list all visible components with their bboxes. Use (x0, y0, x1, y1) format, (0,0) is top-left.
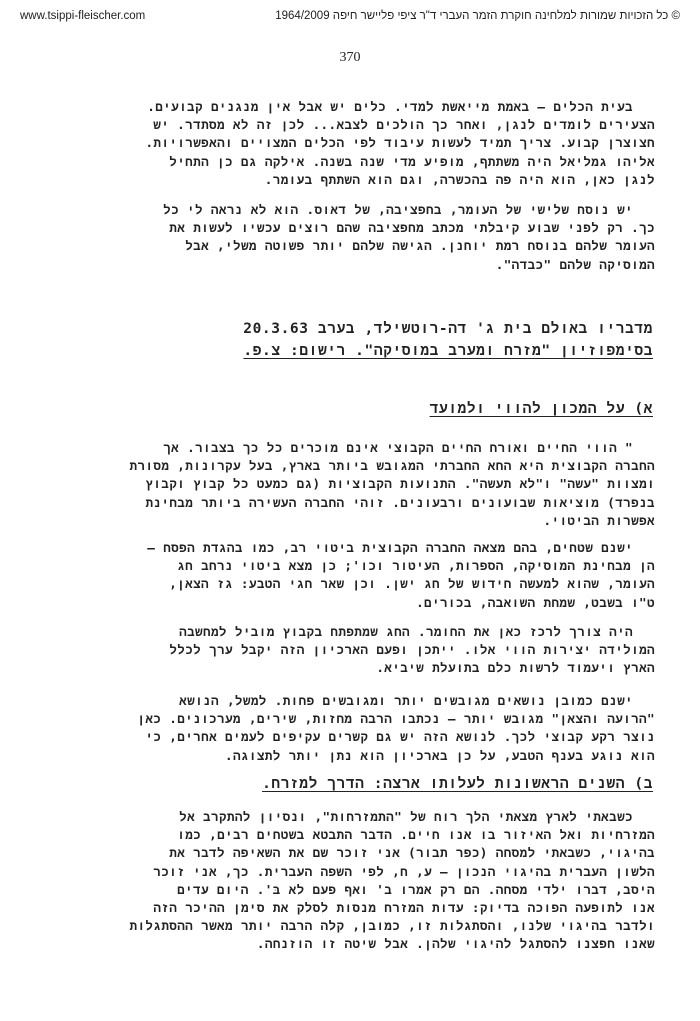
text-line: היסב, דברו ילדי מסחה. הם רק אמרו ב' ואף … (129, 881, 655, 899)
text-line: שאנו חפצנו להסתגל להיגוי שלהן. אבל שיטה … (129, 935, 655, 953)
text-line: בהיגוי, כשבאתי למסחה (כפר תבור) אני זוכר… (129, 844, 655, 862)
text-line: כשבאתי לארץ מצאתי הלך רוח של "התמזרחות",… (129, 808, 655, 826)
text-line: כך. רק לפני שבוע קיבלתי מכתב מחפציבה שהם… (163, 219, 655, 237)
text-line: יש נוסח שלישי של העומר, בחפציבה, של דאוס… (163, 201, 655, 219)
section-b-heading: ב) השנים הראשונות לעלותו ארצה: הדרך למזר… (262, 773, 653, 795)
intro-line-venue: מדבריו באולם בית ג' דה-רוטשילד, בערב 20.… (243, 318, 653, 340)
intro-line-symposium: בסימפוזיון "מזרח ומערב במוסיקה". רישום: … (243, 340, 653, 362)
text-line: הוא נוגע בענף הטבע, על כן בארכיון הוא נת… (137, 747, 655, 765)
text-line: ישנם שטחים, בהם מצאה החברה הקבוצית ביטוי… (147, 539, 655, 557)
section-a-paragraph-4: ישנם כמובן נושאים מגובשים יותר ומגובשים … (137, 692, 655, 765)
text-line: הארץ ויעמוד לרשות כלם בתועלת שיביא. (169, 659, 655, 677)
text-line: " הווי החיים ואורח החיים הקבוצי אינם מוכ… (130, 439, 656, 457)
text-line: המולידה יצירות הווי אלו. ייתכן ופעם הארכ… (169, 641, 655, 659)
text-line: הן מבחינת המוסיקה, הספרות, העיטור וכו'; … (147, 557, 655, 575)
text-line: המוסיקה שלהם "כבדה". (163, 256, 655, 274)
website-url: www.tsippi-fleischer.com (20, 10, 145, 22)
text-line: הלשון העברית בהיגוי הנכון – ע, ח, לפי הש… (129, 863, 655, 881)
section-a-heading: א) על המכון להווי ולמועד (430, 398, 653, 420)
text-line: "הרועה והצאן" מגובש יותר – נכתבו הרבה מח… (137, 710, 655, 728)
text-line: העומר שלהם בנוסח רמת יוחנן. הגישה שלהם י… (163, 237, 655, 255)
text-line: ישנם כמובן נושאים מגובשים יותר ומגובשים … (137, 692, 655, 710)
text-line: המזרחיות ואל האיזור בו אנו חיים. הדבר הת… (129, 826, 655, 844)
text-line: העומר, שהוא למעשה חידוש של חג ישן. וכן ש… (147, 575, 655, 593)
text-line: החברה הקבוצית היא החא החברתי המגובש ביות… (130, 457, 656, 475)
paragraph-omer-version: יש נוסח שלישי של העומר, בחפציבה, של דאוס… (163, 201, 655, 274)
text-line: חצוצרן קבוע. צריך תמיד לעשות עיבוד לפי ה… (145, 134, 655, 152)
text-line: בעית הכלים – באמת מייאשת למדי. כלים יש א… (145, 98, 655, 116)
page-number: 370 (0, 50, 700, 66)
heading-text: א) על המכון להווי ולמועד (430, 398, 653, 420)
text-line: אפשרות הביטוי. (130, 512, 656, 530)
paragraph-instruments: בעית הכלים – באמת מייאשת למדי. כלים יש א… (145, 98, 655, 189)
section-intro: מדבריו באולם בית ג' דה-רוטשילד, בערב 20.… (243, 318, 653, 362)
text-line: ט"ו בשבט, שמחת השואבה, בכורים. (147, 594, 655, 612)
text-line: ולדבר בהיגוי שלנו, והסתגלות זו, כמובן, ק… (129, 917, 655, 935)
section-a-paragraph-2: ישנם שטחים, בהם מצאה החברה הקבוצית ביטוי… (147, 539, 655, 612)
text-line: הצעירים לומדים לנגן, ואחר כך הולכים לצבא… (145, 116, 655, 134)
text-line: אליהו גמליאל היה משתתף, מופיע מדי שנה בש… (145, 153, 655, 171)
section-b-paragraph-1: כשבאתי לארץ מצאתי הלך רוח של "התמזרחות",… (129, 808, 655, 954)
section-a-paragraph-1: " הווי החיים ואורח החיים הקבוצי אינם מוכ… (130, 439, 656, 530)
text-line: לנגן כאן, הוא היה פה בהכשרה, וגם הוא השת… (145, 171, 655, 189)
heading-text: ב) השנים הראשונות לעלותו ארצה: הדרך למזר… (262, 773, 653, 795)
text-line: נוצר רקע קבוצי לכך. לנושא הזה יש גם קשרי… (137, 728, 655, 746)
text-line: אנו לתופעה הפוכה בדיוק: עדות המזרח מנסות… (129, 899, 655, 917)
copyright-notice: © כל הזכויות שמורות למלחינה חוקרת הזמר ה… (275, 10, 680, 22)
text-line: בנפרד) מוציאות שבועונים ורבעונים. זוהי ה… (130, 494, 656, 512)
text-line: היה צורך לרכז כאן את החומר. החג שמתפתח ב… (169, 623, 655, 641)
text-line: ומצוות "עשה" ו"לא תעשה". התנועות הקבוציו… (130, 475, 656, 493)
section-a-paragraph-3: היה צורך לרכז כאן את החומר. החג שמתפתח ב… (169, 623, 655, 678)
